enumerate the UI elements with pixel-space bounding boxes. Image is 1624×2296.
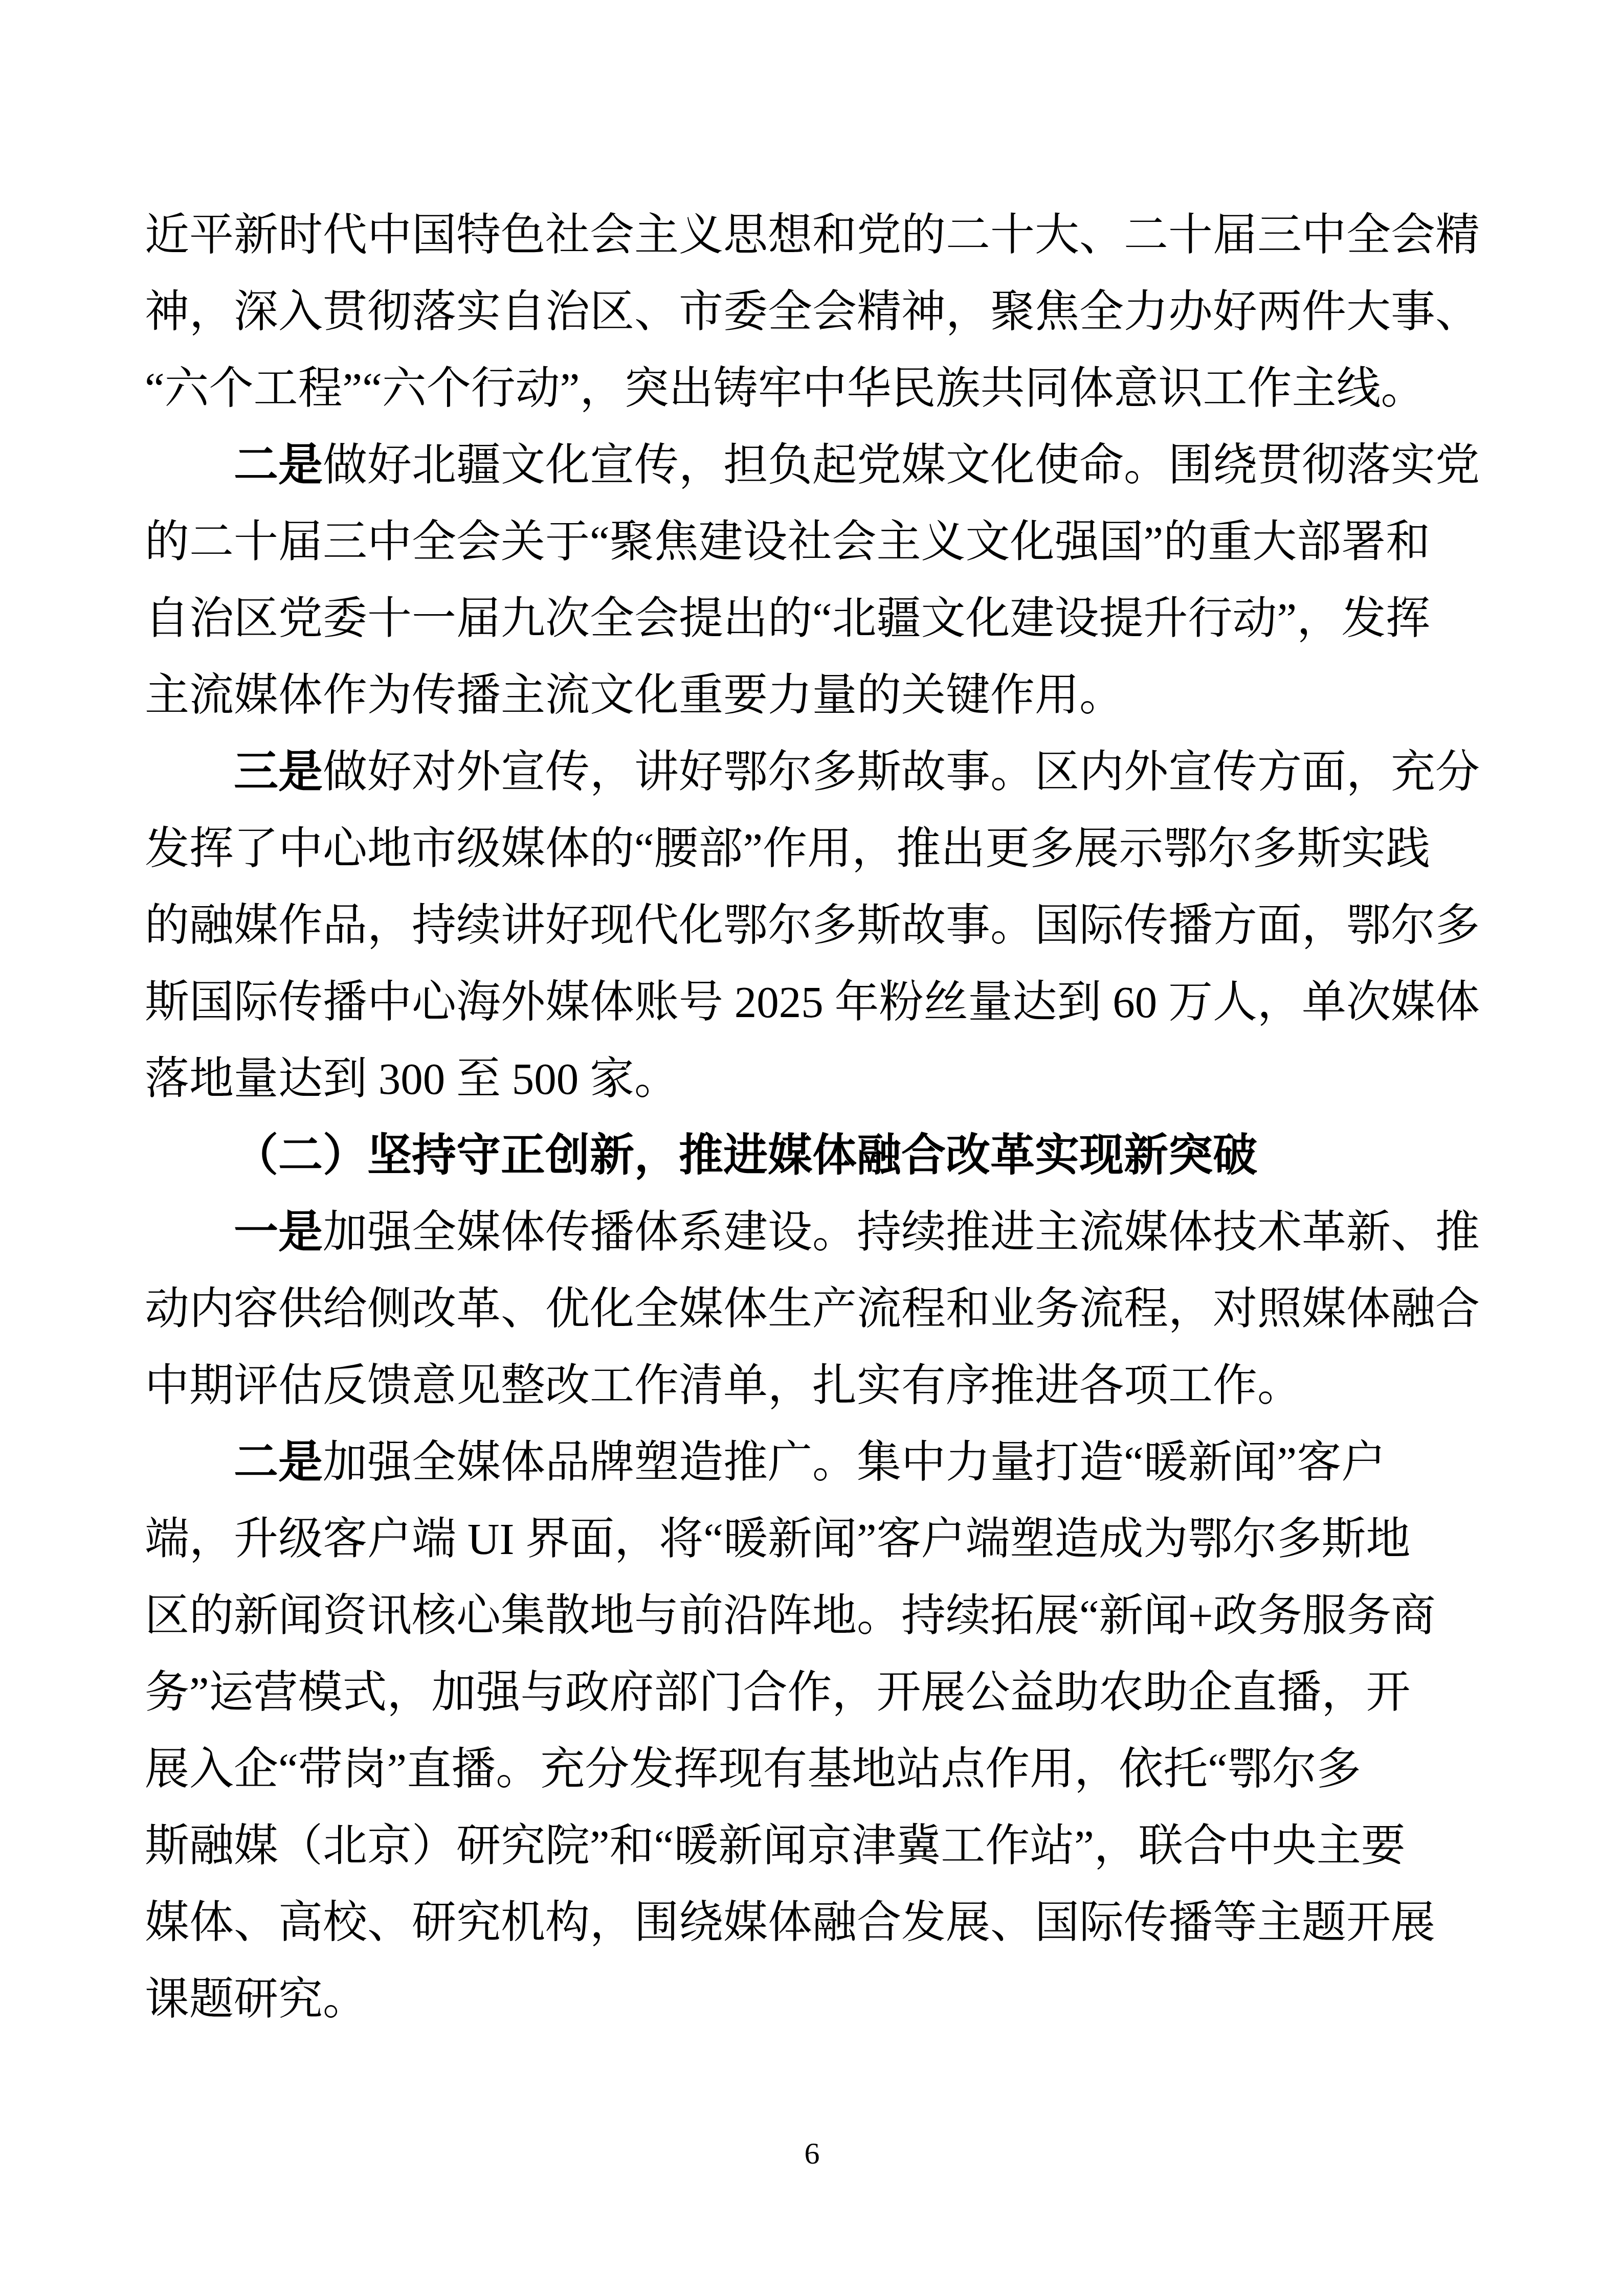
text-line: 神，深入贯彻落实自治区、市委全会精神，聚焦全力办好两件大事、 <box>145 274 1487 350</box>
body-text: 务”运营模式，加强与政府部门合作，开展公益助农助企直播，开 <box>145 1668 1411 1717</box>
page-number: 6 <box>0 2136 1624 2170</box>
body-text: 课题研究。 <box>145 1974 367 2024</box>
body-text: 自治区党委十一届九次全会提出的“北疆文化建设提升行动”，发挥 <box>145 594 1430 643</box>
emphasis-text: （二）坚持守正创新，推进媒体融合改革实现新突破 <box>234 1131 1257 1180</box>
text-line: 区的新闻资讯核心集散地与前沿阵地。持续拓展“新闻+政务服务商 <box>145 1578 1487 1654</box>
text-line: 斯国际传播中心海外媒体账号 2025 年粉丝量达到 60 万人，单次媒体 <box>145 964 1487 1041</box>
emphasis-text: 三是 <box>234 747 323 797</box>
body-text: “六个工程”“六个行动”，突出铸牢中华民族共同体意识工作主线。 <box>145 364 1425 413</box>
body-text: 做好对外宣传，讲好鄂尔多斯故事。区内外宣传方面，充分 <box>323 747 1480 797</box>
body-text: 端，升级客户端 UI 界面，将“暖新闻”客户端塑造成为鄂尔多斯地 <box>145 1514 1411 1564</box>
text-line: 近平新时代中国特色社会主义思想和党的二十大、二十届三中全会精 <box>145 197 1487 274</box>
body-text: 加强全媒体传播体系建设。持续推进主流媒体技术革新、推 <box>323 1207 1480 1257</box>
text-line: 中期评估反馈意见整改工作清单，扎实有序推进各项工作。 <box>145 1347 1487 1424</box>
text-line: 的二十届三中全会关于“聚焦建设社会主义文化强国”的重大部署和 <box>145 504 1487 580</box>
text-line: 展入企“带岗”直播。充分发挥现有基地站点作用，依托“鄂尔多 <box>145 1731 1487 1808</box>
body-text: 近平新时代中国特色社会主义思想和党的二十大、二十届三中全会精 <box>145 210 1480 260</box>
text-line: 发挥了中心地市级媒体的“腰部”作用，推出更多展示鄂尔多斯实践 <box>145 811 1487 887</box>
body-text: 媒体、高校、研究机构，围绕媒体融合发展、国际传播等主题开展 <box>145 1898 1435 1947</box>
text-line: 二是加强全媒体品牌塑造推广。集中力量打造“暖新闻”客户 <box>145 1424 1487 1501</box>
body-text: 加强全媒体品牌塑造推广。集中力量打造“暖新闻”客户 <box>323 1437 1386 1487</box>
text-line: 二是做好北疆文化宣传，担负起党媒文化使命。围绕贯彻落实党 <box>145 427 1487 504</box>
text-line: 三是做好对外宣传，讲好鄂尔多斯故事。区内外宣传方面，充分 <box>145 734 1487 811</box>
text-line: 主流媒体作为传播主流文化重要力量的关键作用。 <box>145 657 1487 734</box>
body-text: 展入企“带岗”直播。充分发挥现有基地站点作用，依托“鄂尔多 <box>145 1744 1361 1794</box>
emphasis-text: 二是 <box>234 440 323 490</box>
text-line: 斯融媒（北京）研究院”和“暖新闻京津冀工作站”，联合中央主要 <box>145 1808 1487 1884</box>
body-text: 神，深入贯彻落实自治区、市委全会精神，聚焦全力办好两件大事、 <box>145 287 1480 336</box>
text-line: 落地量达到 300 至 500 家。 <box>145 1041 1487 1117</box>
text-line: 一是加强全媒体传播体系建设。持续推进主流媒体技术革新、推 <box>145 1194 1487 1271</box>
body-text: 发挥了中心地市级媒体的“腰部”作用，推出更多展示鄂尔多斯实践 <box>145 824 1430 873</box>
body-text: 区的新闻资讯核心集散地与前沿阵地。持续拓展“新闻+政务服务商 <box>145 1591 1436 1640</box>
text-line: （二）坚持守正创新，推进媒体融合改革实现新突破 <box>145 1117 1487 1194</box>
body-text: 中期评估反馈意见整改工作清单，扎实有序推进各项工作。 <box>145 1361 1302 1410</box>
body-text: 斯融媒（北京）研究院”和“暖新闻京津冀工作站”，联合中央主要 <box>145 1821 1406 1871</box>
body-text: 的二十届三中全会关于“聚焦建设社会主义文化强国”的重大部署和 <box>145 517 1430 567</box>
body-text: 主流媒体作为传播主流文化重要力量的关键作用。 <box>145 670 1124 720</box>
emphasis-text: 一是 <box>234 1207 323 1257</box>
text-line: 端，升级客户端 UI 界面，将“暖新闻”客户端塑造成为鄂尔多斯地 <box>145 1501 1487 1578</box>
text-line: 务”运营模式，加强与政府部门合作，开展公益助农助企直播，开 <box>145 1654 1487 1731</box>
text-line: 媒体、高校、研究机构，围绕媒体融合发展、国际传播等主题开展 <box>145 1884 1487 1961</box>
body-text: 动内容供给侧改革、优化全媒体生产流程和业务流程，对照媒体融合 <box>145 1284 1480 1334</box>
text-line: 课题研究。 <box>145 1961 1487 2038</box>
text-line: 自治区党委十一届九次全会提出的“北疆文化建设提升行动”，发挥 <box>145 580 1487 657</box>
emphasis-text: 二是 <box>234 1437 323 1487</box>
body-text: 的融媒作品，持续讲好现代化鄂尔多斯故事。国际传播方面，鄂尔多 <box>145 901 1480 950</box>
text-line: “六个工程”“六个行动”，突出铸牢中华民族共同体意识工作主线。 <box>145 350 1487 427</box>
text-line: 的融媒作品，持续讲好现代化鄂尔多斯故事。国际传播方面，鄂尔多 <box>145 887 1487 964</box>
text-line: 动内容供给侧改革、优化全媒体生产流程和业务流程，对照媒体融合 <box>145 1271 1487 1347</box>
body-text: 落地量达到 300 至 500 家。 <box>145 1054 679 1104</box>
document-body: 近平新时代中国特色社会主义思想和党的二十大、二十届三中全会精神，深入贯彻落实自治… <box>145 197 1487 2038</box>
body-text: 斯国际传播中心海外媒体账号 2025 年粉丝量达到 60 万人，单次媒体 <box>145 977 1480 1027</box>
body-text: 做好北疆文化宣传，担负起党媒文化使命。围绕贯彻落实党 <box>323 440 1480 490</box>
document-page: 近平新时代中国特色社会主义思想和党的二十大、二十届三中全会精神，深入贯彻落实自治… <box>0 0 1624 2296</box>
